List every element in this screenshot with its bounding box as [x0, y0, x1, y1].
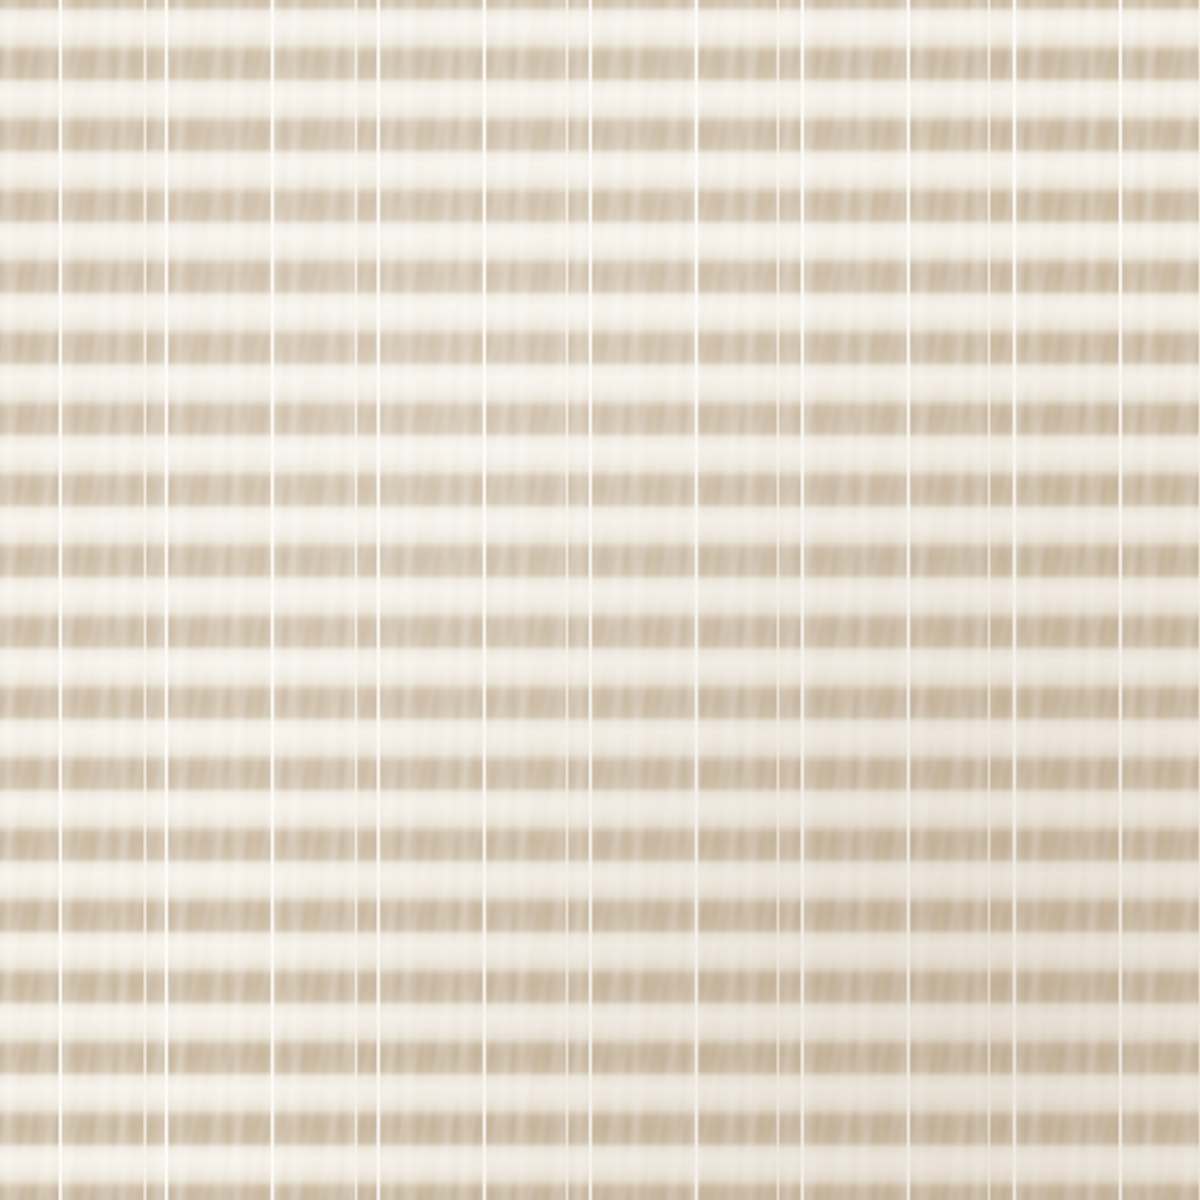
fabric-texture-photo	[0, 0, 1200, 1200]
lighting-overlay	[0, 0, 1200, 1200]
